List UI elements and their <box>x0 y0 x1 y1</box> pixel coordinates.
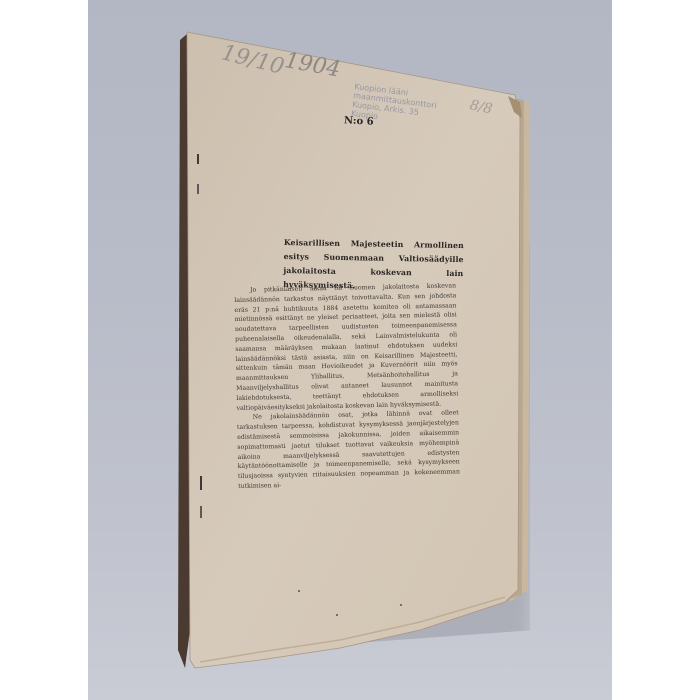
staple <box>200 506 202 518</box>
staple <box>200 476 202 490</box>
staple <box>197 154 199 164</box>
booklet-shape <box>0 0 700 700</box>
staple <box>197 184 199 194</box>
booklet <box>0 0 700 700</box>
